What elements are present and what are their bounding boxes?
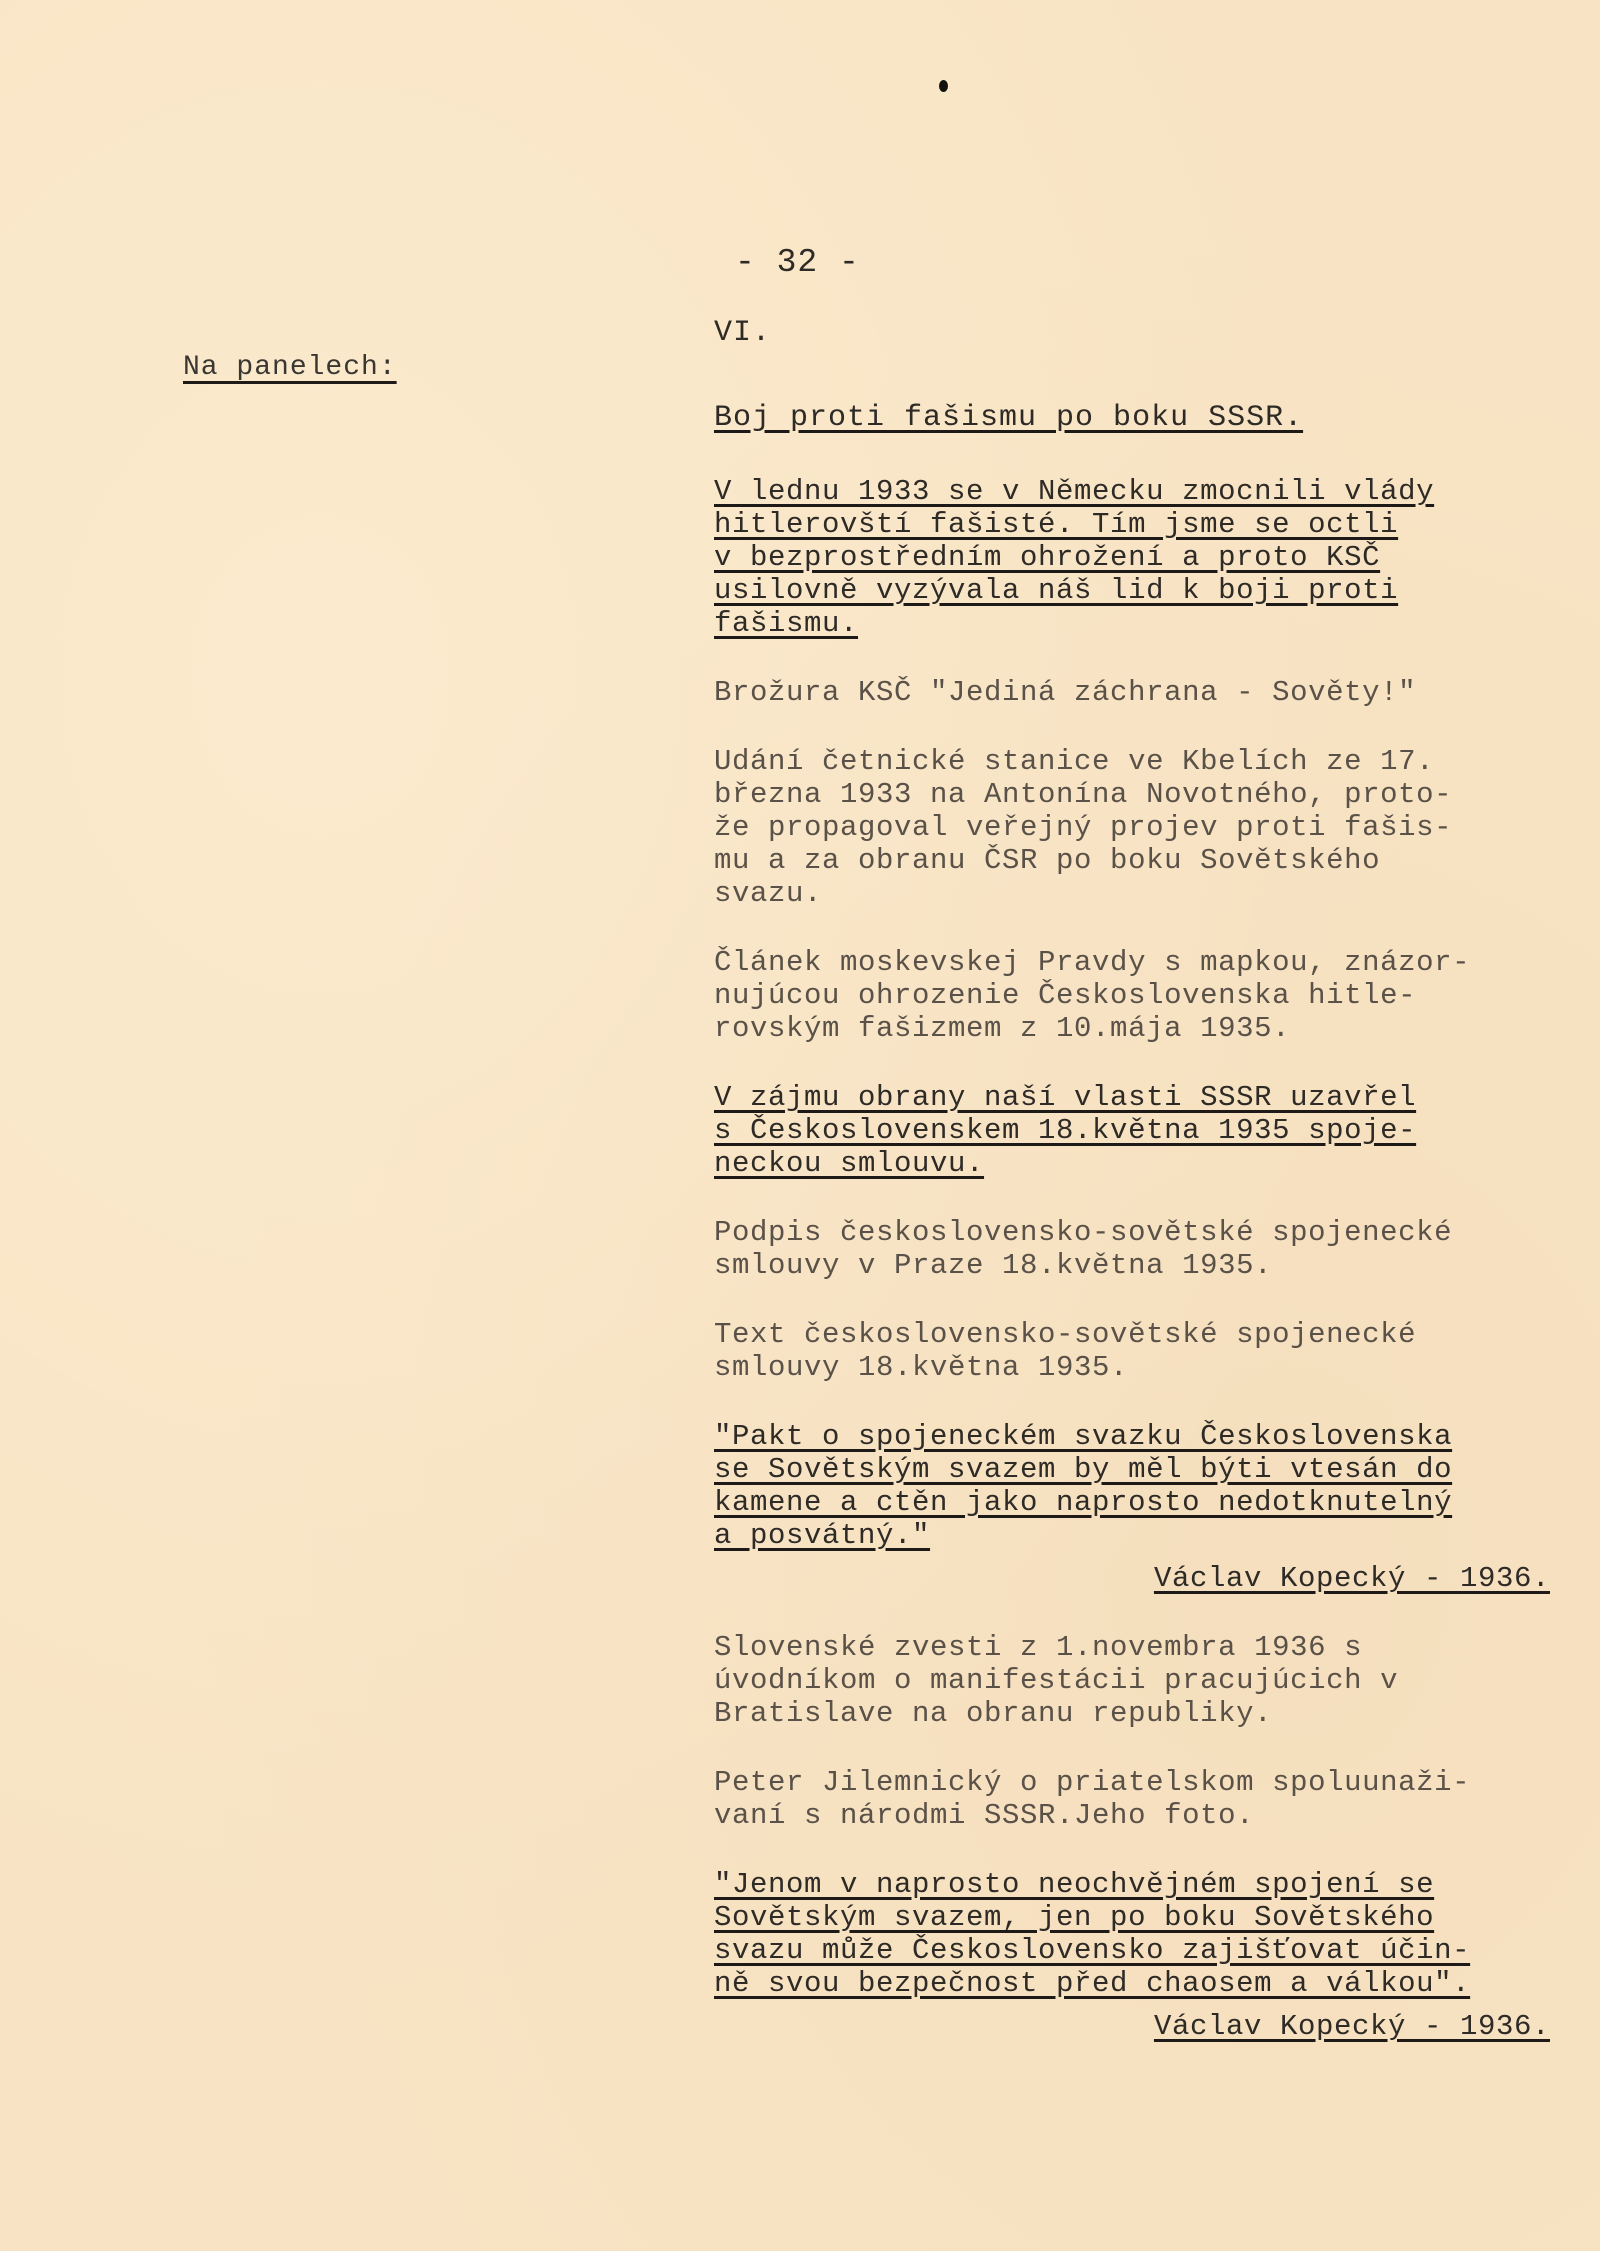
text-line: Sovětským svazem, jen po boku Sovětského	[714, 1901, 1574, 1934]
text-line: v bezprostředním ohrožení a proto KSČ	[714, 541, 1574, 574]
text-line: Článek moskevskej Pravdy s mapkou, znázo…	[714, 946, 1574, 979]
text-line: neckou smlouvu.	[714, 1147, 1574, 1180]
text-line: nujúcou ohrozenie Československa hitle-	[714, 979, 1574, 1012]
text-line: rovským fašizmem z 10.mája 1935.	[714, 1012, 1574, 1045]
text-line: Brožura KSČ "Jediná záchrana - Sověty!"	[714, 676, 1574, 709]
text-line: ně svou bezpečnost před chaosem a válkou…	[714, 1967, 1574, 2000]
text-line: že propagoval veřejný projev proti fašis…	[714, 811, 1574, 844]
text-line: s Československem 18.května 1935 spoje-	[714, 1114, 1574, 1147]
text-line: Udání četnické stanice ve Kbelích ze 17.	[714, 745, 1574, 778]
text-line: hitlerovští fašisté. Tím jsme se octli	[714, 508, 1574, 541]
text-line: fašismu.	[714, 607, 1574, 640]
text-line: smlouvy 18.května 1935.	[714, 1351, 1574, 1384]
underlined-paragraph: V zájmu obrany naší vlasti SSSR uzavřels…	[714, 1081, 1574, 1180]
text-line: mu a za obranu ČSR po boku Sovětského	[714, 844, 1574, 877]
paragraph: Podpis československo-sovětské spojeneck…	[714, 1216, 1574, 1282]
paragraph-list: V lednu 1933 se v Německu zmocnili vlády…	[714, 475, 1574, 2043]
text-line: Text československo-sovětské spojenecké	[714, 1318, 1574, 1351]
text-line: Bratislave na obranu republiky.	[714, 1697, 1574, 1730]
text-line: se Sovětským svazem by měl býti vtesán d…	[714, 1453, 1574, 1486]
paragraph: Text československo-sovětské spojeneckés…	[714, 1318, 1574, 1384]
paragraph: Slovenské zvesti z 1.novembra 1936 súvod…	[714, 1631, 1574, 1730]
document-body: VI. Boj proti fašismu po boku SSSR. V le…	[714, 316, 1574, 2079]
paragraph: Brožura KSČ "Jediná záchrana - Sověty!"	[714, 676, 1574, 709]
section-title: Boj proti fašismu po boku SSSR.	[714, 402, 1574, 435]
text-line: a posvátný."	[714, 1519, 1574, 1552]
text-line: Peter Jilemnický o priatelskom spoluunaž…	[714, 1766, 1574, 1799]
text-line: března 1933 na Antonína Novotného, proto…	[714, 778, 1574, 811]
underlined-paragraph: V lednu 1933 se v Německu zmocnili vlády…	[714, 475, 1574, 640]
paragraph: Udání četnické stanice ve Kbelích ze 17.…	[714, 745, 1574, 910]
text-line: usilovně vyzývala náš lid k boji proti	[714, 574, 1574, 607]
text-line: vaní s národmi SSSR.Jeho foto.	[714, 1799, 1574, 1832]
text-line: svazu může Československo zajišťovat úči…	[714, 1934, 1574, 1967]
underlined-paragraph: "Jenom v naprosto neochvějném spojení se…	[714, 1868, 1574, 2043]
text-line: "Pakt o spojeneckém svazku Československ…	[714, 1420, 1574, 1453]
text-line: kamene a ctěn jako naprosto nedotknuteln…	[714, 1486, 1574, 1519]
text-line: smlouvy v Praze 18.května 1935.	[714, 1249, 1574, 1282]
quote-attribution: Václav Kopecký - 1936.	[714, 2010, 1574, 2043]
paragraph: Článek moskevskej Pravdy s mapkou, znázo…	[714, 946, 1574, 1045]
quote-attribution: Václav Kopecký - 1936.	[714, 1562, 1574, 1595]
section-number: VI.	[714, 316, 1574, 350]
paragraph: Peter Jilemnický o priatelskom spoluunaž…	[714, 1766, 1574, 1832]
text-line: úvodníkom o manifestácii pracujúcich v	[714, 1664, 1574, 1697]
underlined-paragraph: "Pakt o spojeneckém svazku Československ…	[714, 1420, 1574, 1595]
text-line: "Jenom v naprosto neochvějném spojení se	[714, 1868, 1574, 1901]
text-line: V lednu 1933 se v Německu zmocnili vlády	[714, 475, 1574, 508]
text-line: svazu.	[714, 877, 1574, 910]
text-line: Podpis československo-sovětské spojeneck…	[714, 1216, 1574, 1249]
margin-note: Na panelech:	[183, 352, 397, 383]
page-number: - 32 -	[735, 244, 860, 281]
text-line: Slovenské zvesti z 1.novembra 1936 s	[714, 1631, 1574, 1664]
text-line: V zájmu obrany naší vlasti SSSR uzavřel	[714, 1081, 1574, 1114]
ink-dot-mark	[939, 80, 948, 92]
